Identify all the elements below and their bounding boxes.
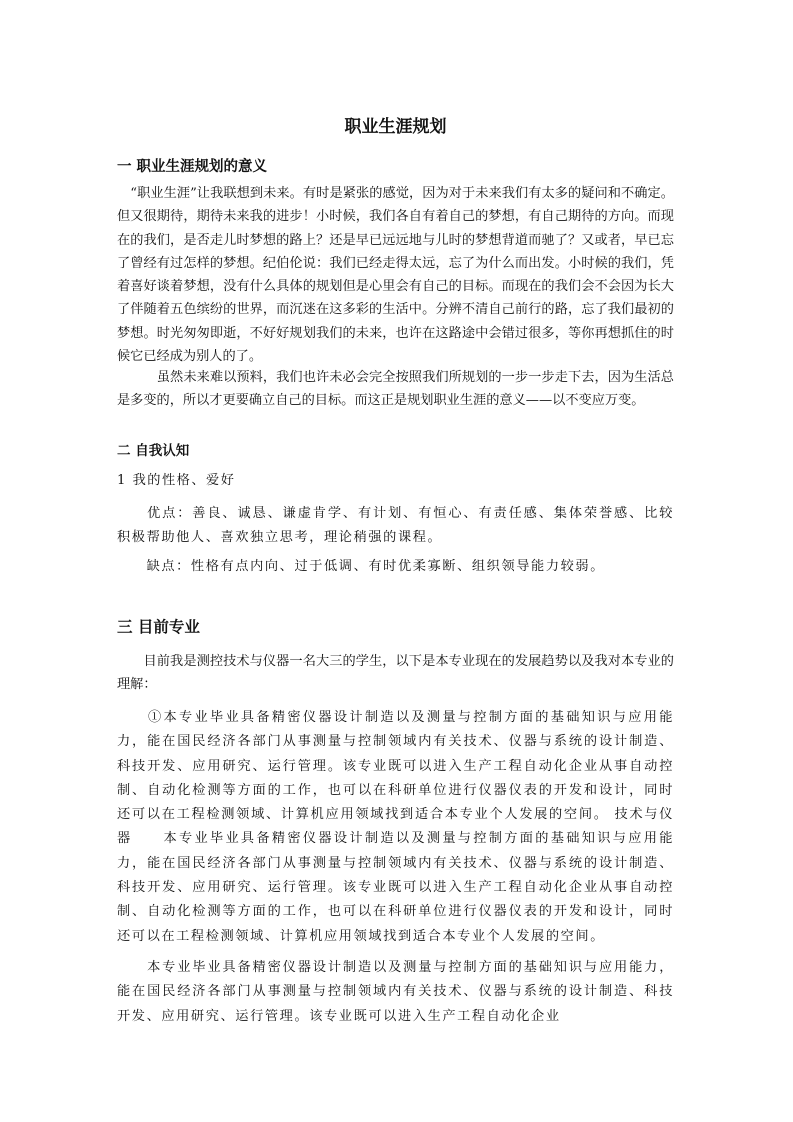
section-heading-meaning: 一 职业生涯规划的意义 <box>117 157 267 177</box>
paragraph-major-repeat: 本专业毕业具备精密仪器设计制造以及测量与控制方面的基础知识与应用能力，能在国民经… <box>117 956 674 1029</box>
document-title: 职业生涯规划 <box>117 116 674 138</box>
paragraph-meaning-1: “职业生涯”让我联想到未来。有时是紧张的感觉，因为对于未来我们有太多的疑问和不确… <box>117 182 674 368</box>
section-heading-self-awareness: 二 自我认知 <box>117 441 189 461</box>
paragraph-meaning-2: 虽然未来难以预料，我们也许未必会完全按照我们所规划的一步一步走下去，因为生活总是… <box>117 366 674 413</box>
paragraph-major-detail: ①本专业毕业具备精密仪器设计制造以及测量与控制方面的基础知识与应用能力，能在国民… <box>117 706 674 949</box>
paragraph-major-intro: 目前我是测控技术与仪器一名大三的学生，以下是本专业现在的发展趋势以及我对本专业的… <box>117 650 674 697</box>
paragraph-weaknesses: 缺点：性格有点内向、过于低调、有时优柔寡断、组织领导能力较弱。 <box>117 555 674 579</box>
paragraph-strengths: 优点：善良、诚恳、谦虚肯学、有计划、有恒心、有责任感、集体荣誉感、比较积极帮助他… <box>117 502 674 549</box>
subheading-personality: 1 我的性格、爱好 <box>117 471 235 491</box>
section-heading-major: 三 目前专业 <box>117 617 200 637</box>
